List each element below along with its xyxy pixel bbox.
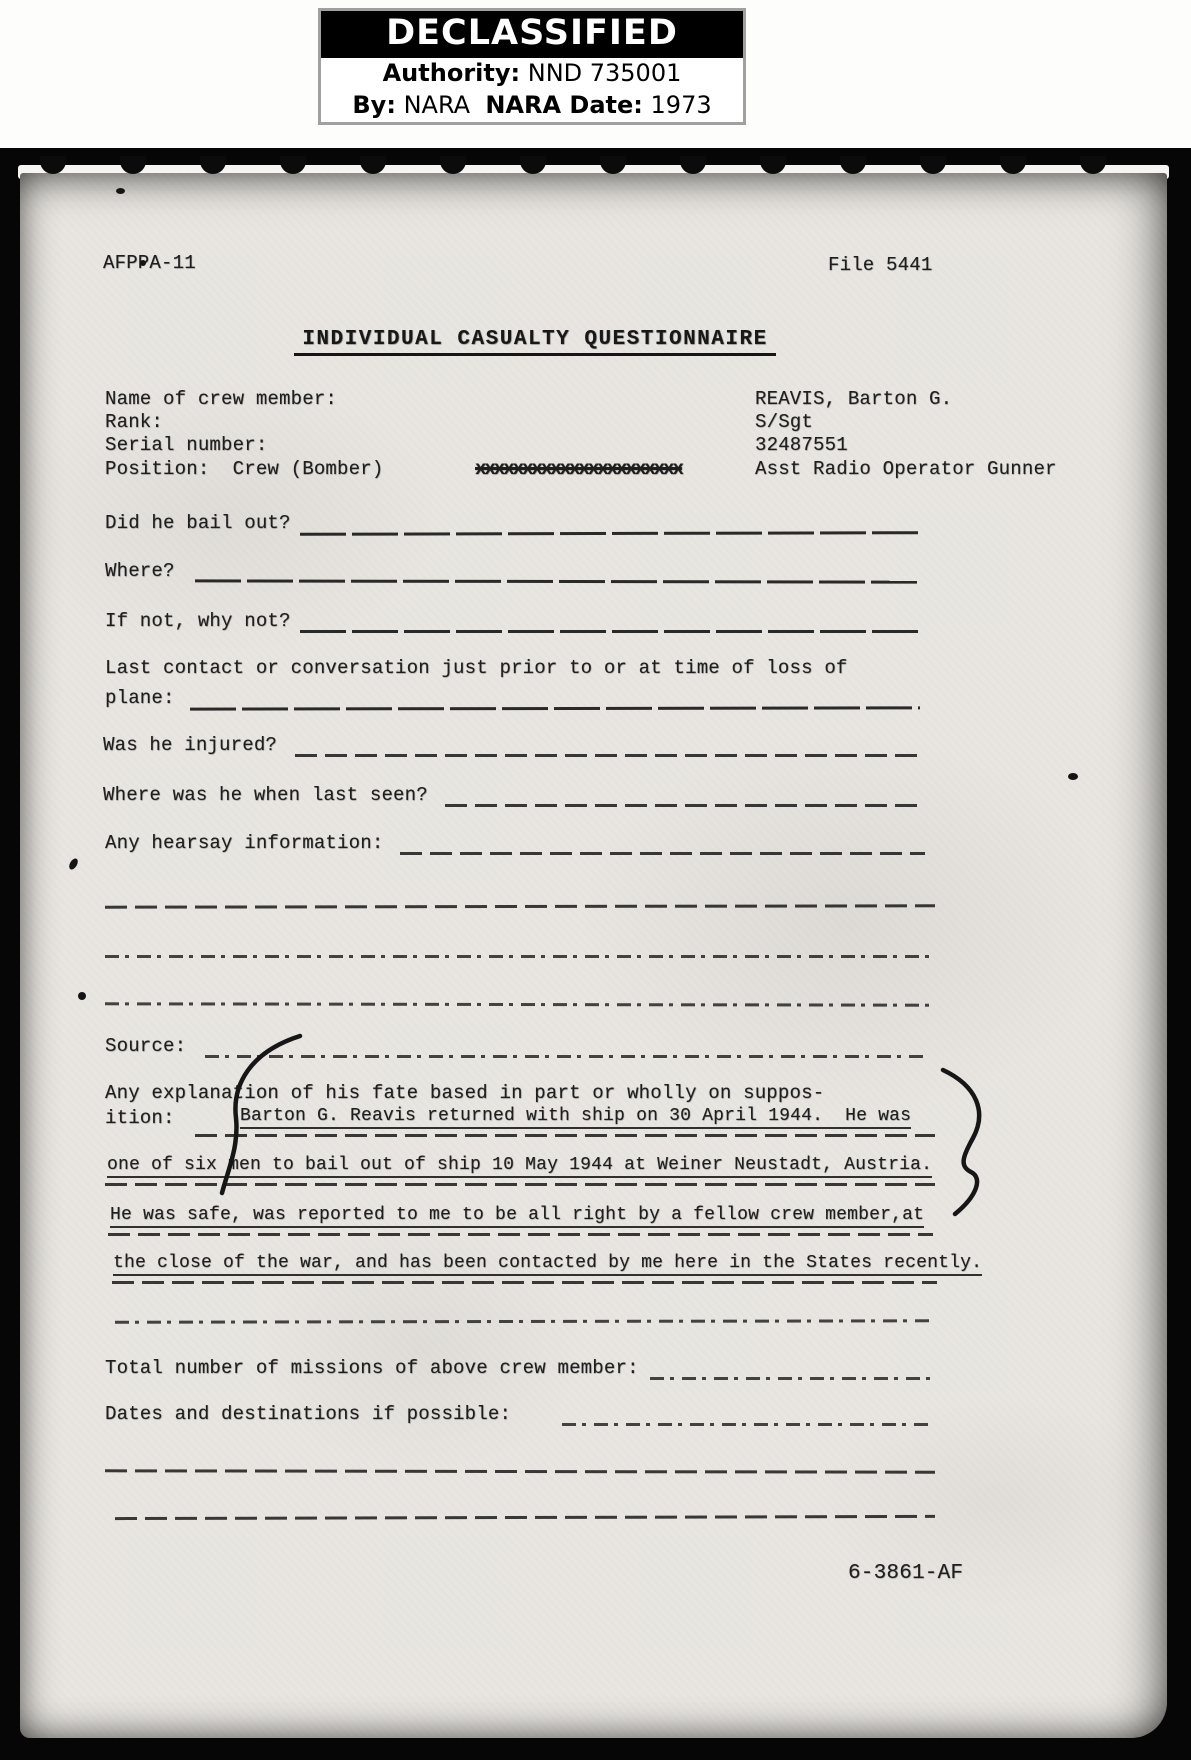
position-crossed-out-text: xxxxxxxxxxxxxxxxxxxxxx [475, 458, 682, 481]
ink-speck [116, 188, 125, 194]
answer-line [650, 1377, 930, 1380]
ink-speck [67, 857, 79, 871]
declassified-banner: DECLASSIFIED [321, 11, 743, 58]
answer-line [105, 904, 935, 908]
page-title: INDIVIDUAL CASUALTY QUESTIONNAIRE [294, 328, 775, 356]
stamp-authority-line: Authority: NND 735001 [321, 58, 743, 90]
answer-line [205, 1055, 925, 1058]
question-last-contact-line1: Last contact or conversation just prior … [105, 657, 848, 680]
answer-line [190, 706, 920, 710]
title-row: INDIVIDUAL CASUALTY QUESTIONNAIRE [105, 328, 965, 356]
serial-value: 32487551 [755, 434, 848, 457]
scan-area: AFPPA-11 File 5441 INDIVIDUAL CASUALTY Q… [0, 148, 1191, 1760]
question-injured: Was he injured? [103, 734, 277, 757]
answer-line [108, 1233, 933, 1236]
answer-line [105, 955, 935, 958]
name-value: REAVIS, Barton G. [755, 388, 952, 411]
name-label: Name of crew member: [105, 388, 337, 411]
question-source: Source: [105, 1035, 186, 1058]
pen-stroke-left [212, 1030, 312, 1200]
declassified-stamp: DECLASSIFIED Authority: NND 735001 By: N… [318, 8, 746, 125]
authority-value: NND 735001 [528, 59, 682, 87]
typed-answer-line-1: Barton G. Reavis returned with ship on 3… [240, 1105, 911, 1128]
document-content: AFPPA-11 File 5441 INDIVIDUAL CASUALTY Q… [0, 148, 1191, 1760]
authority-label: Authority: [383, 59, 520, 87]
question-where: Where? [105, 560, 175, 583]
form-number: AFPPA-11 [103, 252, 196, 275]
stamp-by-line: By: NARA NARA Date: 1973 [321, 90, 743, 122]
answer-line [105, 1469, 935, 1473]
position-value: Asst Radio Operator Gunner [755, 458, 1057, 481]
position-label: Position: Crew (Bomber) [105, 458, 383, 481]
answer-line [562, 1423, 930, 1426]
question-supposition-line2: ition: [105, 1107, 175, 1130]
question-total-missions: Total number of missions of above crew m… [105, 1357, 639, 1380]
question-last-contact-line2: plane: [105, 687, 175, 710]
ink-speck [78, 992, 86, 1000]
answer-line [115, 1515, 935, 1520]
ink-speck [1068, 773, 1078, 780]
file-number: File 5441 [828, 254, 932, 277]
top-margin: DECLASSIFIED Authority: NND 735001 By: N… [0, 0, 1191, 148]
question-dates-destinations: Dates and destinations if possible: [105, 1403, 511, 1426]
footer-code: 6-3861-AF [848, 1562, 963, 1585]
typed-answer-line-4: the close of the war, and has been conta… [113, 1252, 982, 1275]
ink-speck [140, 260, 146, 266]
rank-label: Rank: [105, 411, 163, 434]
date-label: NARA Date: [485, 91, 643, 119]
serial-label: Serial number: [105, 434, 267, 457]
answer-line [105, 1002, 935, 1006]
answer-line [300, 531, 920, 536]
scanned-document-screenshot: DECLASSIFIED Authority: NND 735001 By: N… [0, 0, 1191, 1760]
answer-line [115, 1319, 930, 1323]
question-hearsay: Any hearsay information: [105, 832, 383, 855]
answer-line [300, 630, 920, 633]
pen-stroke-right-brace [925, 1068, 1010, 1218]
by-value: NARA [404, 91, 471, 119]
answer-line [195, 579, 920, 583]
answer-line [112, 1281, 937, 1284]
answer-line [400, 852, 925, 855]
rank-value: S/Sgt [755, 411, 813, 434]
answer-line [445, 804, 920, 807]
date-value: 1973 [651, 91, 712, 119]
question-if-not: If not, why not? [105, 610, 291, 633]
typed-answer-line-3: He was safe, was reported to me to be al… [110, 1204, 924, 1227]
answer-line [295, 754, 920, 757]
question-last-seen: Where was he when last seen? [103, 784, 428, 807]
question-bail-out: Did he bail out? [105, 512, 291, 535]
by-label: By: [352, 91, 396, 119]
